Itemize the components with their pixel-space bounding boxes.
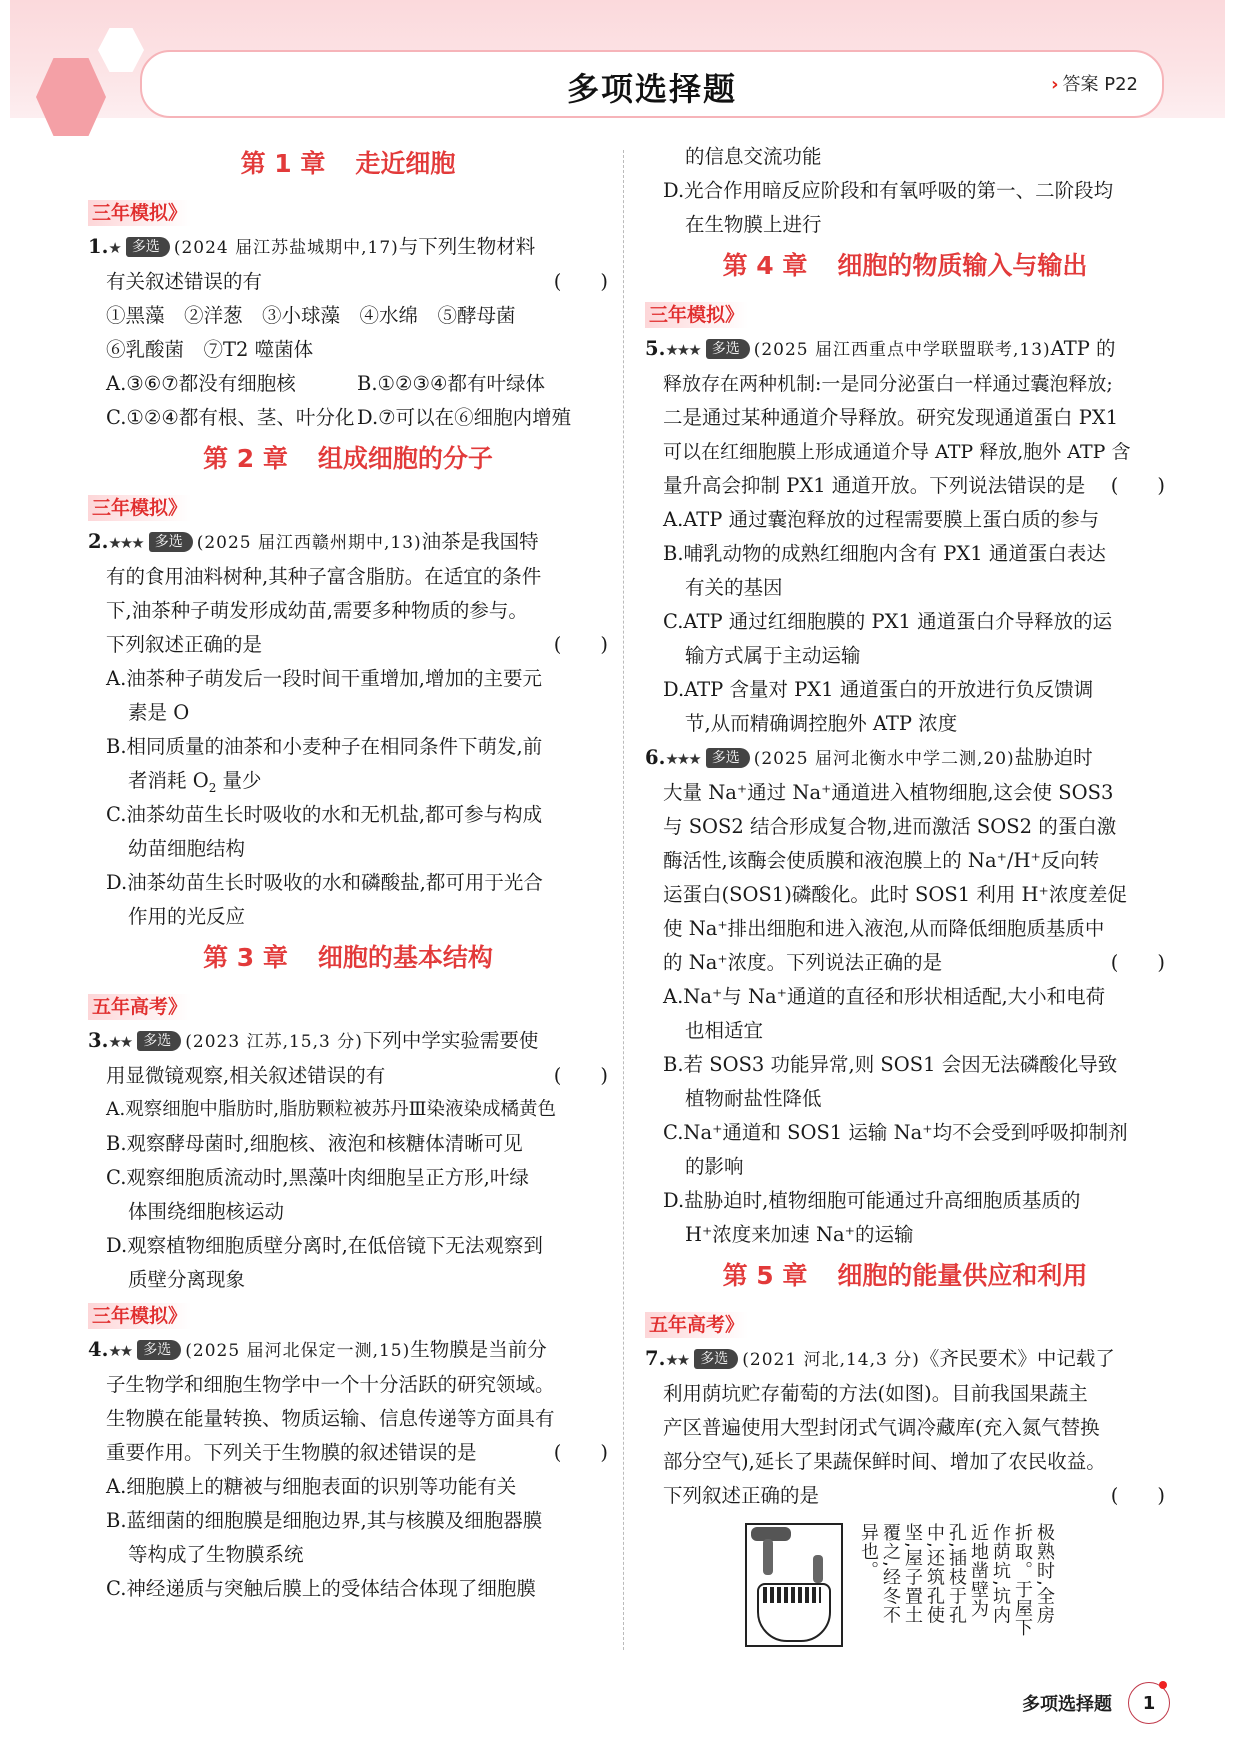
option-a: A.细胞膜上的糖被与细胞表面的识别等功能有关 <box>88 1470 608 1504</box>
multi-choice-badge: 多选 <box>137 1340 181 1360</box>
classical-text: 极熟时,全房折取。于屋下作荫坑,坑内近地凿壁为孔,插枝于孔中,还筑孔使坚,屋子置… <box>857 1523 1055 1643</box>
option-c: C.①②④都有根、茎、叶分化 <box>106 401 357 435</box>
chapter-title: 第 5 章细胞的能量供应和利用 <box>645 1256 1165 1296</box>
chapter-title: 第 4 章细胞的物质输入与输出 <box>645 246 1165 286</box>
option-a: A.ATP 通过囊泡释放的过程需要膜上蛋白质的参与 <box>645 503 1165 537</box>
section-tag: 三年模拟》 <box>88 200 191 226</box>
multi-choice-badge: 多选 <box>694 1349 738 1369</box>
column-divider <box>623 150 624 1650</box>
option-a: A.③⑥⑦都没有细胞核 <box>106 367 357 401</box>
answer-blank: ( ) <box>554 1436 608 1470</box>
option-a: A.油茶种子萌发后一段时间干重增加,增加的主要元 <box>88 662 608 696</box>
question-3: 3.★★多选(2023 江苏,15,3 分)下列中学实验需要使 用显微镜观察,相… <box>88 1024 608 1297</box>
option-c: C.ATP 通过红细胞膜的 PX1 通道蛋白介导释放的运 <box>645 605 1165 639</box>
star-icon: ★★ <box>108 1033 131 1051</box>
option-a: A.观察细胞中脂肪时,脂肪颗粒被苏丹Ⅲ染液染成橘黄色 <box>88 1093 608 1127</box>
multi-choice-badge: 多选 <box>126 237 170 257</box>
right-column: 的信息交流功能 D.光合作用暗反应阶段和有氧呼吸的第一、二阶段均 在生物膜上进行… <box>645 140 1165 1647</box>
answer-blank: ( ) <box>554 265 608 299</box>
option-d: D.观察植物细胞质壁分离时,在低倍镜下无法观察到 <box>88 1229 608 1263</box>
question-5: 5.★★★多选(2025 届江西重点中学联盟联考,13)ATP 的 释放存在两种… <box>645 332 1165 741</box>
multi-choice-badge: 多选 <box>149 532 193 552</box>
footer-label: 多项选择题 <box>1022 1690 1112 1716</box>
page-title: 多项选择题 <box>142 64 1162 110</box>
option-d: D.⑦可以在⑥细胞内增殖 <box>357 401 608 435</box>
star-icon: ★★★ <box>665 750 699 768</box>
multi-choice-badge: 多选 <box>706 339 750 359</box>
grape-storage-figure: 极熟时,全房折取。于屋下作荫坑,坑内近地凿壁为孔,插枝于孔中,还筑孔使坚,屋子置… <box>745 1523 1165 1647</box>
option-b: B.蓝细菌的细胞膜是细胞边界,其与核膜及细胞器膜 <box>88 1504 608 1538</box>
question-4-continued: 的信息交流功能 D.光合作用暗反应阶段和有氧呼吸的第一、二阶段均 在生物膜上进行 <box>645 140 1165 242</box>
star-icon: ★★ <box>665 1351 688 1369</box>
footer: 多项选择题 1 <box>1022 1682 1170 1724</box>
multi-choice-badge: 多选 <box>137 1031 181 1051</box>
question-1: 1.★多选(2024 届江苏盐城期中,17)与下列生物材料 有关叙述错误的有( … <box>88 230 608 435</box>
option-d: D.ATP 含量对 PX1 通道蛋白的开放进行负反馈调 <box>645 673 1165 707</box>
answer-blank: ( ) <box>554 1059 608 1093</box>
answer-blank: ( ) <box>1111 946 1165 980</box>
option-b: B.若 SOS3 功能异常,则 SOS1 会因无法磷酸化导致 <box>645 1048 1165 1082</box>
question-7: 7.★★多选(2021 河北,14,3 分)《齐民要术》中记载了 利用荫坑贮存葡… <box>645 1342 1165 1647</box>
option-b: B.哺乳动物的成熟红细胞内含有 PX1 通道蛋白表达 <box>645 537 1165 571</box>
section-tag: 五年高考》 <box>88 994 191 1020</box>
answer-reference: ›答案 P22 <box>1051 70 1138 96</box>
star-icon: ★★★ <box>665 341 699 359</box>
option-c: C.神经递质与突触后膜上的受体结合体现了细胞膜 <box>88 1572 608 1606</box>
page-number: 1 <box>1128 1682 1170 1724</box>
chevron-right-icon: › <box>1051 74 1058 95</box>
left-column: 第 1 章走近细胞 三年模拟》 1.★多选(2024 届江苏盐城期中,17)与下… <box>88 140 608 1606</box>
option-a: A.Na⁺与 Na⁺通道的直径和形状相适配,大小和电荷 <box>645 980 1165 1014</box>
question-2: 2.★★★多选(2025 届江西赣州期中,13)油茶是我国特 有的食用油料树种,… <box>88 525 608 934</box>
star-icon: ★ <box>108 239 119 257</box>
multi-choice-badge: 多选 <box>706 748 750 768</box>
answer-blank: ( ) <box>1111 1479 1165 1513</box>
star-icon: ★★★ <box>108 534 142 552</box>
option-c: C.油茶幼苗生长时吸收的水和无机盐,都可参与构成 <box>88 798 608 832</box>
title-box: 多项选择题 ›答案 P22 <box>140 50 1164 118</box>
answer-blank: ( ) <box>1111 469 1165 503</box>
chapter-title: 第 1 章走近细胞 <box>88 144 608 184</box>
option-b: B.相同质量的油茶和小麦种子在相同条件下萌发,前 <box>88 730 608 764</box>
section-tag: 三年模拟》 <box>645 302 748 328</box>
option-c: C.观察细胞质流动时,黑藻叶肉细胞呈正方形,叶绿 <box>88 1161 608 1195</box>
option-b: B.①②③④都有叶绿体 <box>357 367 608 401</box>
question-6: 6.★★★多选(2025 届河北衡水中学二测,20)盐胁迫时 大量 Na⁺通过 … <box>645 741 1165 1252</box>
section-tag: 三年模拟》 <box>88 1303 191 1329</box>
option-d: D.盐胁迫时,植物细胞可能通过升高细胞质基质的 <box>645 1184 1165 1218</box>
section-tag: 三年模拟》 <box>88 495 191 521</box>
option-d: D.油茶幼苗生长时吸收的水和磷酸盐,都可用于光合 <box>88 866 608 900</box>
question-4: 4.★★多选(2025 届河北保定一测,15)生物膜是当前分 子生物学和细胞生物… <box>88 1333 608 1606</box>
section-tag: 五年高考》 <box>645 1312 748 1338</box>
star-icon: ★★ <box>108 1342 131 1360</box>
storage-pit-illustration <box>745 1523 843 1647</box>
option-c: C.Na⁺通道和 SOS1 运输 Na⁺均不会受到呼吸抑制剂 <box>645 1116 1165 1150</box>
chapter-title: 第 2 章组成细胞的分子 <box>88 439 608 479</box>
option-b: B.观察酵母菌时,细胞核、液泡和核糖体清晰可见 <box>88 1127 608 1161</box>
answer-blank: ( ) <box>554 628 608 662</box>
chapter-title: 第 3 章细胞的基本结构 <box>88 938 608 978</box>
option-d: D.光合作用暗反应阶段和有氧呼吸的第一、二阶段均 <box>645 174 1165 208</box>
